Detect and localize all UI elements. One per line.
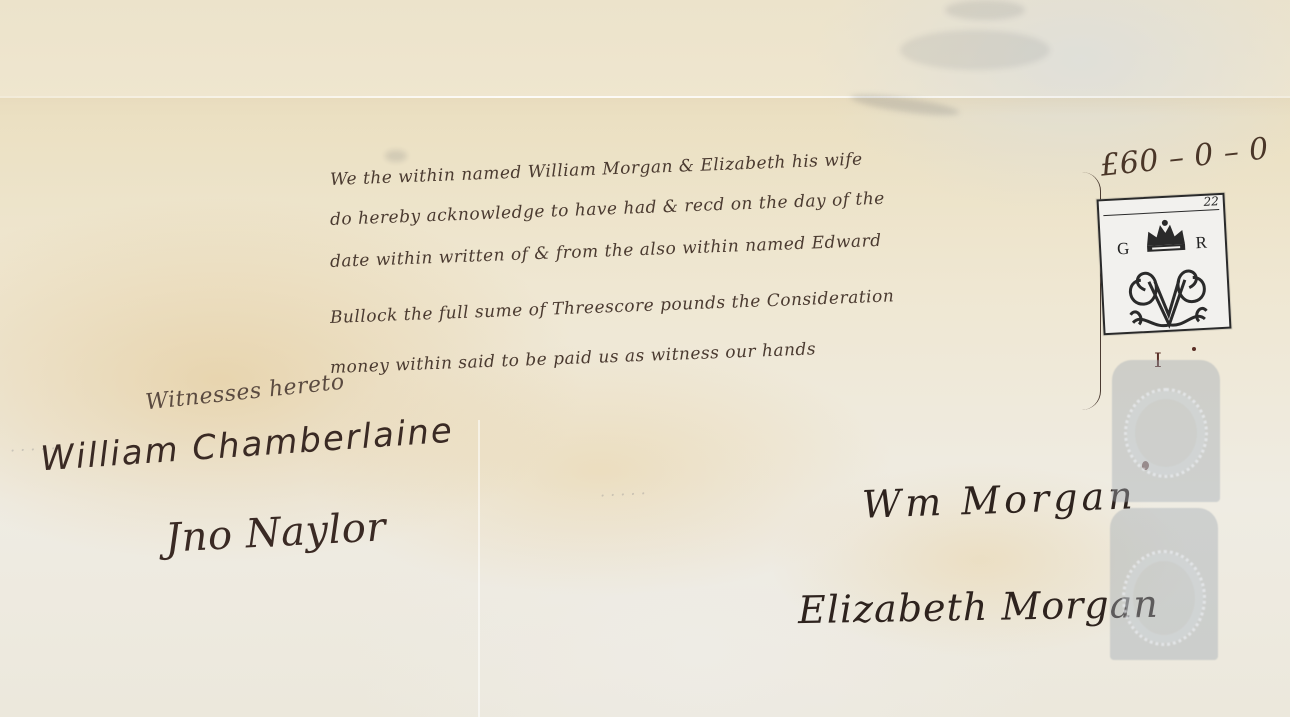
royal-cypher-icon: [1120, 256, 1216, 337]
witnesses-heading: Witnesses hereto: [144, 370, 346, 416]
paper-fold-shadow: [0, 98, 1290, 116]
witness-signature-naylor: Jno Naylor: [164, 504, 387, 562]
embossed-revenue-stamp: [1110, 508, 1218, 660]
ink-blot: [1192, 347, 1196, 351]
bleed-through-text: · · · · ·: [600, 484, 647, 505]
receipt-line: do hereby acknowledge to have had & recd…: [330, 189, 886, 230]
ink-smudge: [385, 150, 407, 162]
signature-elizabeth-morgan: Elizabeth Morgan: [798, 582, 1159, 632]
receipt-line: date within written of & from the also w…: [330, 231, 882, 272]
emboss-seal: [1122, 550, 1206, 646]
emboss-seal: [1124, 388, 1208, 478]
paper-fold-vertical: [478, 420, 480, 717]
crown-icon: [1142, 218, 1190, 254]
receipt-line: Bullock the full sume of Threescore poun…: [330, 286, 895, 328]
stamp-cypher-r: R: [1195, 233, 1207, 254]
tax-stamp: 22 G R: [1097, 193, 1232, 336]
stamp-cypher-g: G: [1117, 239, 1130, 260]
signature-william-morgan: Wm Morgan: [861, 473, 1137, 527]
ink-smudge: [900, 30, 1050, 70]
ink-smudge: [945, 0, 1025, 20]
receipt-line: money within said to be paid us as witne…: [330, 339, 817, 378]
stamp-number: 22: [1203, 194, 1219, 209]
amount-text: £60 – 0 – 0: [1099, 131, 1271, 183]
embossed-revenue-stamp: [1112, 360, 1220, 502]
stamp-frame: G R: [1103, 209, 1225, 329]
receipt-line: We the within named William Morgan & Eli…: [330, 150, 863, 190]
witness-signature-chamberlaine: William Chamberlaine: [39, 411, 455, 480]
